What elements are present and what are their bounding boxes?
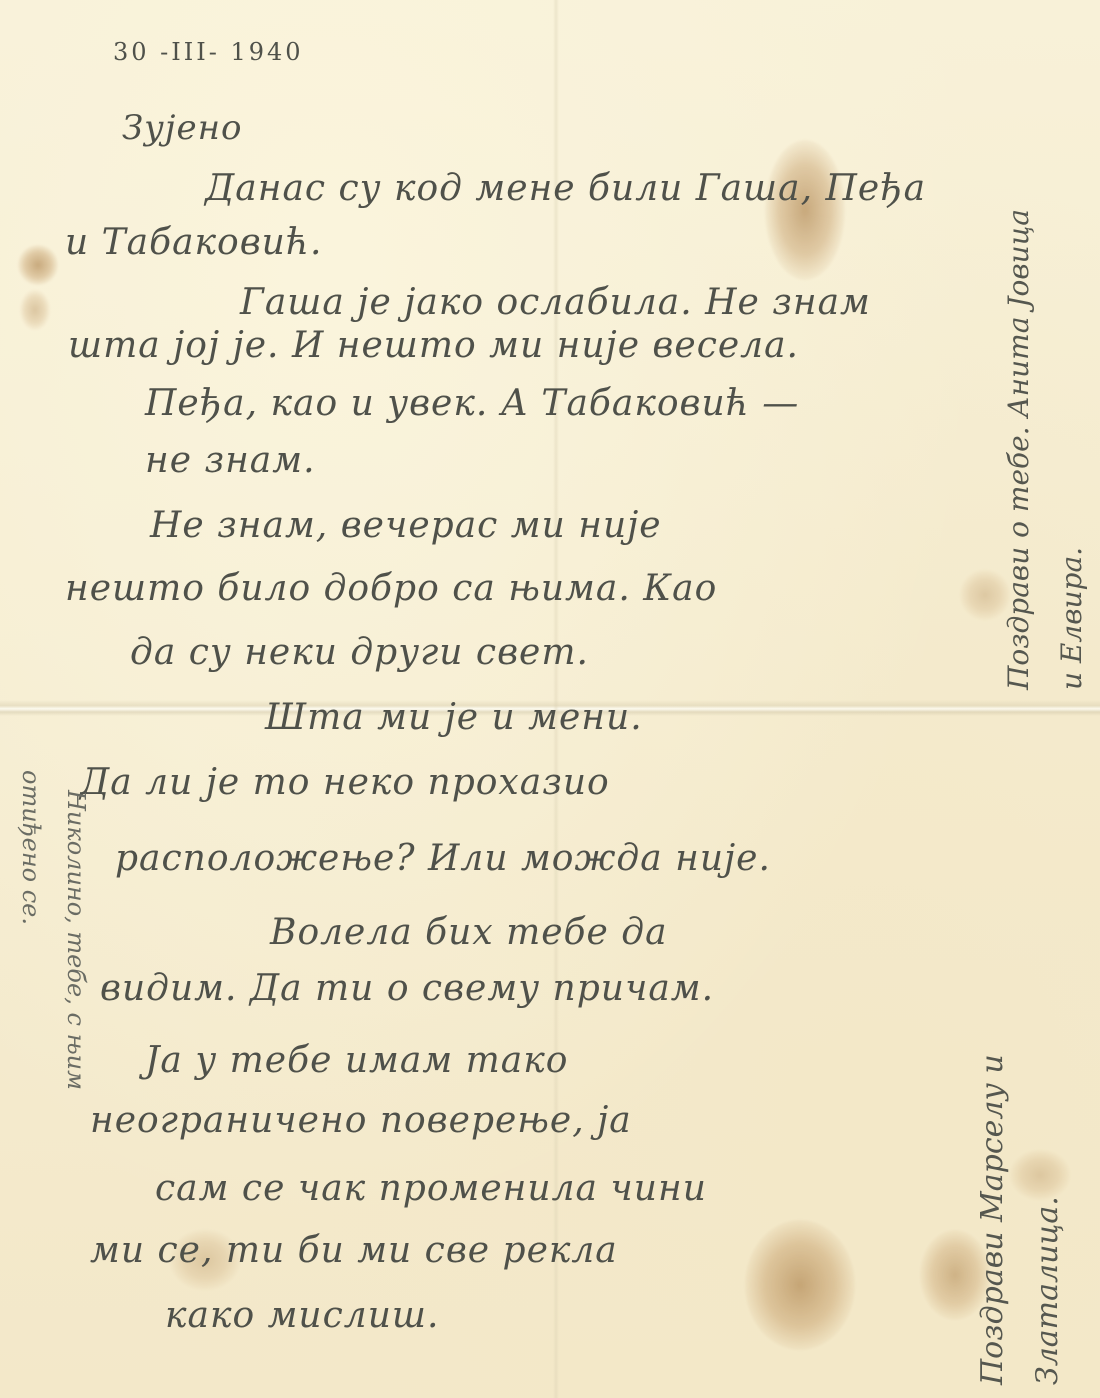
body-line: Волела бих тебе да [270,912,668,953]
body-line: Не знам, вечерас ми није [150,505,662,546]
body-line: Шта ми је и мени. [265,697,643,738]
body-line: ми се, ти би ми све рекла [90,1230,618,1271]
margin-note-right-top-line1: Поздрави о тебе. Анита Јовица [1002,209,1035,690]
body-line: како мислиш. [165,1295,439,1336]
body-line: Данас су код мене били Гаша, Пеђа [205,168,926,209]
body-line: неограничено поверење, ја [90,1100,632,1141]
body-line: не знам. [145,440,316,481]
body-line: шта јој је. И нешто ми није весела. [68,325,799,366]
margin-note-left-line2: отиђено се. [17,770,45,925]
margin-note-right-top-line2: и Елвира. [1055,547,1088,690]
body-line: и Табаковић. [65,222,322,263]
body-line: видим. Да ти о свему причам. [100,968,714,1009]
stain-lower-right-small [1010,1150,1070,1200]
body-line: нешто било добро са њима. Као [65,568,717,609]
body-line: Да ли је то неко прохазио [80,762,610,803]
body-line: сам се чак променила чини [155,1168,707,1209]
margin-note-right-bottom-line1: Поздрави Марселу и [975,1054,1010,1385]
margin-note-left-line1: Николино, тебе, с њим [62,790,90,1090]
stain-top-center [765,140,845,280]
letter-date: 30 -III- 1940 [113,38,304,66]
letter-salutation: Зујено [122,108,242,148]
body-line: Ја у тебе имам тако [145,1040,568,1081]
body-line: Гаша је јако ослабила. Не знам [240,282,871,323]
body-line: расположење? Или можда није. [115,838,771,879]
margin-note-right-bottom-line2: Златалица. [1030,1196,1065,1385]
body-line: Пеђа, као и увек. А Табаковић — [145,383,799,424]
stain-left-edge [18,245,58,285]
stain-left-edge-2 [20,290,50,330]
body-line: да су неки други свет. [130,632,589,673]
stain-bottom-center [745,1220,855,1350]
